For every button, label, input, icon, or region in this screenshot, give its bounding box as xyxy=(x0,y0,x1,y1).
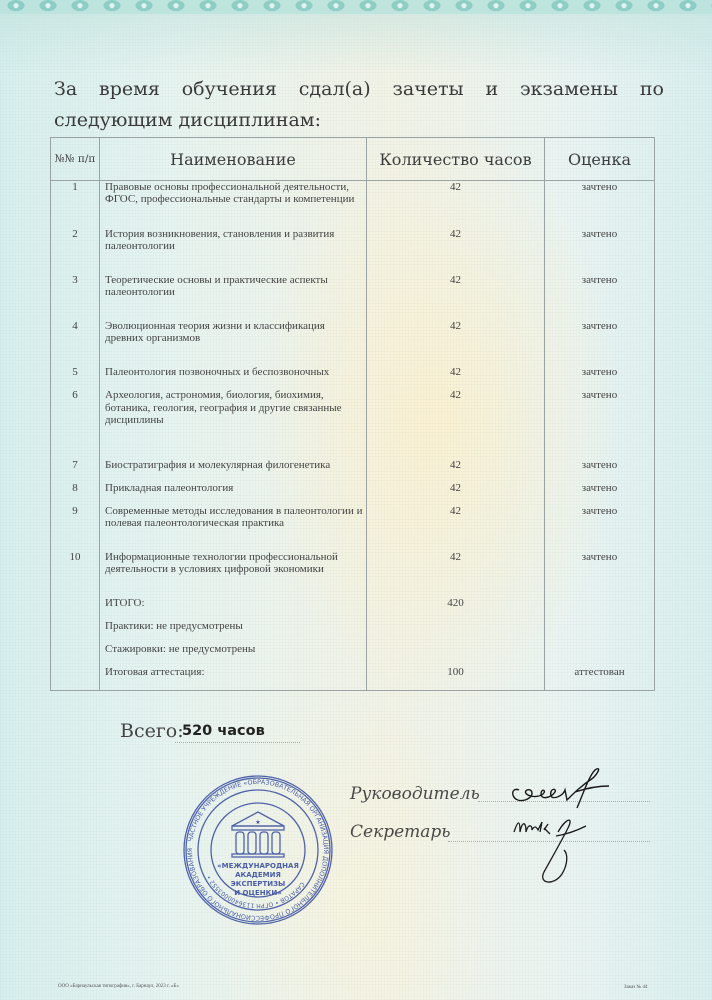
summary-hours xyxy=(367,620,545,643)
summary-number xyxy=(51,643,100,666)
table-row: 5Палеонтология позвоночных и беспозвоноч… xyxy=(51,366,655,389)
row-discipline: Теоретические основы и практические аспе… xyxy=(100,274,367,320)
row-hours: 42 xyxy=(367,389,545,458)
row-grade: зачтено xyxy=(545,505,655,551)
row-discipline: Современные методы исследования в палеон… xyxy=(100,505,367,551)
empty-cell xyxy=(100,690,367,691)
disciplines-table: №№ п/п Наименование Количество часов Оце… xyxy=(50,137,655,691)
row-number: 3 xyxy=(51,274,100,320)
row-hours: 42 xyxy=(367,366,545,389)
row-discipline: Прикладная палеонтология xyxy=(100,482,367,505)
svg-text:★: ★ xyxy=(255,819,260,826)
row-number: 2 xyxy=(51,228,100,274)
summary-grade xyxy=(545,620,655,643)
row-hours: 42 xyxy=(367,320,545,366)
summary-hours xyxy=(367,643,545,666)
row-grade: зачтено xyxy=(545,551,655,597)
summary-label: Стажировки: не предусмотрены xyxy=(100,643,367,666)
table-empty-space xyxy=(51,690,655,691)
row-hours: 42 xyxy=(367,551,545,597)
table-row: 9Современные методы исследования в палео… xyxy=(51,505,655,551)
table-row: 6Археология, астрономия, биология, биохи… xyxy=(51,389,655,458)
summary-number xyxy=(51,666,100,689)
row-hours: 42 xyxy=(367,274,545,320)
stamp-line-1: «МЕЖДУНАРОДНАЯ xyxy=(217,862,299,870)
stamp-line-4: И ОЦЕНКИ» xyxy=(234,889,281,897)
row-number: 10 xyxy=(51,551,100,597)
stamp-line-2: АКАДЕМИЯ xyxy=(235,871,281,879)
empty-cell xyxy=(367,690,545,691)
total-value: 520 часов xyxy=(182,723,265,739)
summary-hours: 100 xyxy=(367,666,545,689)
row-hours: 42 xyxy=(367,181,545,228)
header-name: Наименование xyxy=(100,138,367,181)
summary-row: ИТОГО:420 xyxy=(51,597,655,620)
row-number: 9 xyxy=(51,505,100,551)
empty-cell xyxy=(51,690,100,691)
row-number: 5 xyxy=(51,366,100,389)
table-row: 1Правовые основы профессиональной деятел… xyxy=(51,181,655,228)
organization-stamp: ★ ЧАСТНОЕ УЧРЕЖДЕНИЕ «ОБРАЗОВАТЕЛЬНАЯ ОР… xyxy=(182,774,334,926)
row-grade: зачтено xyxy=(545,228,655,274)
order-number: Заказ № 44 xyxy=(624,985,648,990)
row-discipline: Биостратиграфия и молекулярная филогенет… xyxy=(100,459,367,482)
row-grade: зачтено xyxy=(545,459,655,482)
row-hours: 42 xyxy=(367,228,545,274)
summary-label: ИТОГО: xyxy=(100,597,367,620)
row-discipline: История возникновения, становления и раз… xyxy=(100,228,367,274)
row-hours: 42 xyxy=(367,459,545,482)
table-row: 10Информационные технологии профессионал… xyxy=(51,551,655,597)
stamp-line-3: ЭКСПЕРТИЗЫ xyxy=(231,880,286,888)
head-signature xyxy=(505,764,615,812)
table-header-row: №№ п/п Наименование Количество часов Оце… xyxy=(51,138,655,181)
row-number: 8 xyxy=(51,482,100,505)
summary-hours: 420 xyxy=(367,597,545,620)
row-grade: зачтено xyxy=(545,320,655,366)
row-number: 7 xyxy=(51,459,100,482)
summary-label: Итоговая аттестация: xyxy=(100,666,367,689)
decorative-guilloche xyxy=(0,14,712,74)
secretary-signature xyxy=(508,814,588,894)
summary-label: Практики: не предусмотрены xyxy=(100,620,367,643)
intro-text: За время обучения сдал(а) зачеты и экзам… xyxy=(54,74,664,136)
table-row: 4Эволюционная теория жизни и классификац… xyxy=(51,320,655,366)
summary-number xyxy=(51,620,100,643)
secretary-label: Секретарь xyxy=(350,822,451,842)
row-hours: 42 xyxy=(367,482,545,505)
row-grade: зачтено xyxy=(545,274,655,320)
table-row: 8Прикладная палеонтология42зачтено xyxy=(51,482,655,505)
row-grade: зачтено xyxy=(545,389,655,458)
summary-row: Стажировки: не предусмотрены xyxy=(51,643,655,666)
row-hours: 42 xyxy=(367,505,545,551)
row-grade: зачтено xyxy=(545,181,655,228)
row-number: 6 xyxy=(51,389,100,458)
row-number: 4 xyxy=(51,320,100,366)
table-row: 2История возникновения, становления и ра… xyxy=(51,228,655,274)
row-grade: зачтено xyxy=(545,482,655,505)
header-grade: Оценка xyxy=(545,138,655,181)
row-number: 1 xyxy=(51,181,100,228)
printer-imprint: ООО «Барнаульская типография», г. Барнау… xyxy=(58,984,179,989)
summary-row: Практики: не предусмотрены xyxy=(51,620,655,643)
summary-grade xyxy=(545,597,655,620)
summary-number xyxy=(51,597,100,620)
total-label: Всего: xyxy=(120,720,184,742)
summary-grade: аттестован xyxy=(545,666,655,689)
total-underline xyxy=(175,742,300,743)
row-discipline: Правовые основы профессиональной деятель… xyxy=(100,181,367,228)
table-row: 3Теоретические основы и практические асп… xyxy=(51,274,655,320)
head-label: Руководитель xyxy=(350,784,480,804)
summary-grade xyxy=(545,643,655,666)
row-grade: зачтено xyxy=(545,366,655,389)
empty-cell xyxy=(545,690,655,691)
header-hours: Количество часов xyxy=(367,138,545,181)
table-row: 7Биостратиграфия и молекулярная филогене… xyxy=(51,459,655,482)
header-number: №№ п/п xyxy=(51,138,100,181)
table-body: 1Правовые основы профессиональной деятел… xyxy=(51,181,655,691)
row-discipline: Археология, астрономия, биология, биохим… xyxy=(100,389,367,458)
row-discipline: Палеонтология позвоночных и беспозвоночн… xyxy=(100,366,367,389)
row-discipline: Эволюционная теория жизни и классификаци… xyxy=(100,320,367,366)
decorative-top-border xyxy=(0,0,712,14)
row-discipline: Информационные технологии профессиональн… xyxy=(100,551,367,597)
summary-row: Итоговая аттестация:100аттестован xyxy=(51,666,655,689)
